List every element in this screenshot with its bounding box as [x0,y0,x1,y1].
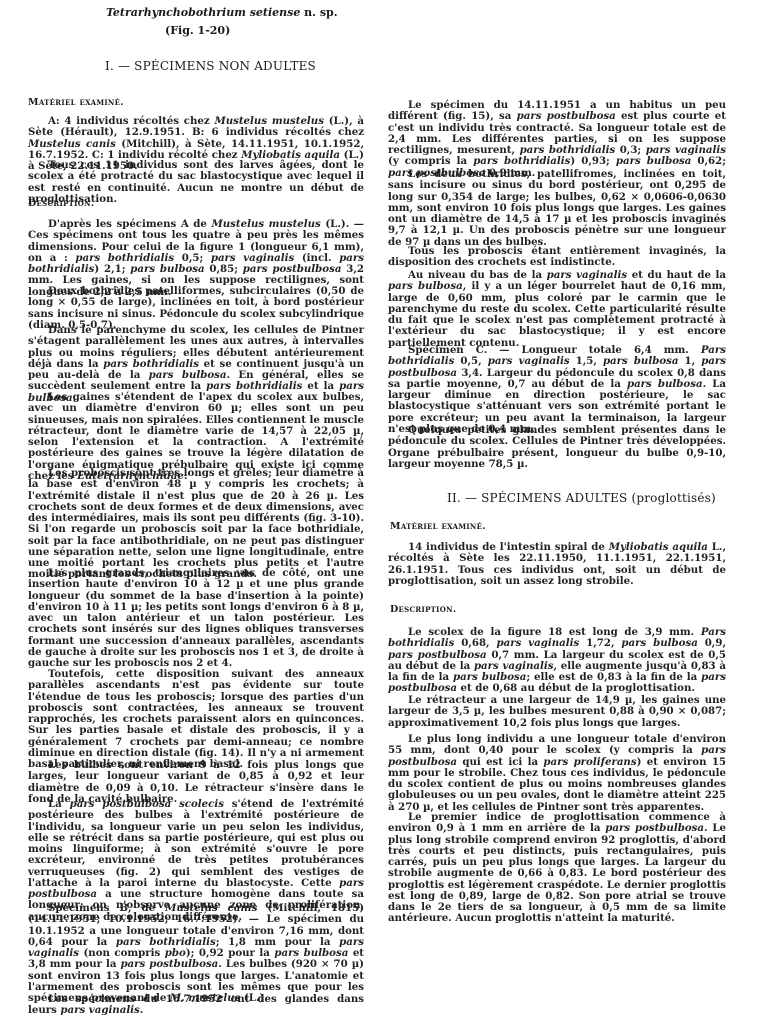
paragraph: Le premier indice de proglottisation com… [388,812,726,925]
species-suffix: n. sp. [300,6,337,19]
species-name: Tetrarhynchobothrium setiense [106,6,300,19]
materiel-heading-left: Matériel examiné. [28,97,124,108]
paragraph: Le scolex de la figure 18 est long de 3,… [388,627,726,695]
figure-reference: (Fig. 1-20) [165,24,230,37]
species-title: Tetrarhynchobothrium setiense n. sp. [0,6,757,19]
paragraph: Tous les proboscis étant entièrement inv… [388,246,726,269]
paragraph: Toutefois, cette disposition suivant des… [28,669,364,770]
paragraph: Quelques petites glandes semblent présen… [388,425,726,470]
paragraph: Les spécimens du 16.7.1952 ont des gland… [28,994,364,1017]
section-title-non-adultes: I. — SPÉCIMENS NON ADULTES [105,59,316,73]
description-heading-left: Description. [28,198,94,209]
paragraph: 14 individus de l'intestin spiral de Myl… [388,542,726,587]
paragraph: Le plus long individu a une longueur tot… [388,734,726,813]
materiel-heading-right: Matériel examiné. [390,521,486,532]
paragraph: Au niveau du bas de la pars vaginalis et… [388,270,726,349]
paragraph: Les plus grands, triangulaires vus de cô… [28,568,364,669]
paragraph: Spécimens B, de Mustelus canis (Mitchill… [28,903,364,1004]
paragraph: Les deux bothridies, patellifromes, incl… [388,169,726,248]
description-heading-right: Description. [390,604,456,615]
paragraph: Spécimen C. — Longueur totale 6,4 mm. Pa… [388,345,726,435]
paper-page: Tetrarhynchobothrium setiense n. sp. (Fi… [0,0,757,1029]
paragraph: Le spécimen du 14.11.1951 a un habitus u… [388,100,726,179]
paragraph: Le rétracteur a une largeur de 14,9 µ, l… [388,695,726,729]
section-title-adultes: II. — SPÉCIMENS ADULTES (proglottisés) [447,491,716,505]
paragraph: Les proboscis sont très longs et grêles;… [28,468,364,581]
